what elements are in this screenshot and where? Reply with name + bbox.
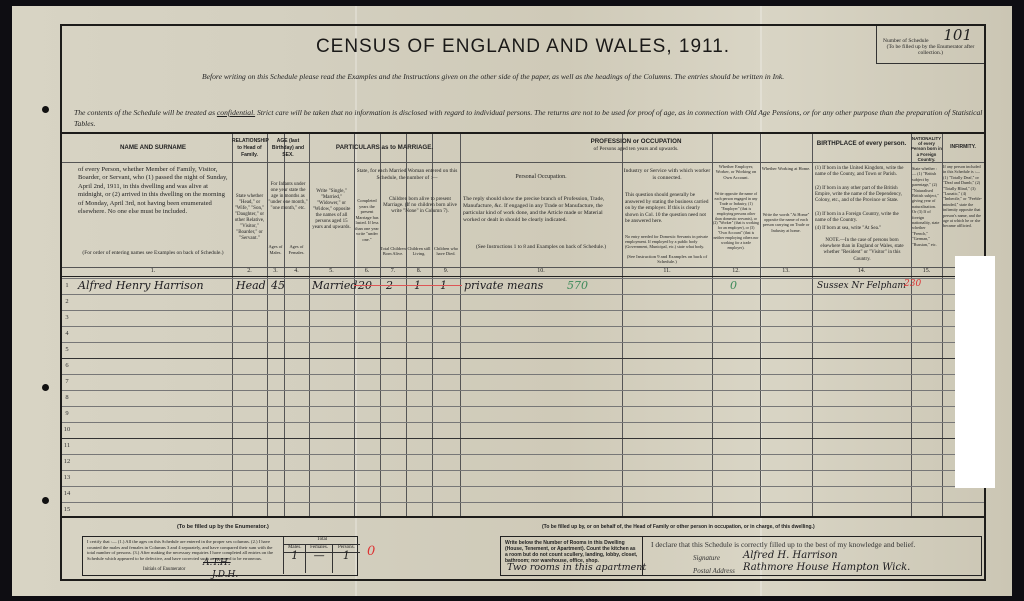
table-row: 6 (62, 358, 984, 374)
name-cell: Alfred Henry Harrison (78, 279, 204, 292)
enumerator-initials: A.T.H. (203, 561, 231, 567)
enumerator-heading: (To be filled up by the Enumerator.) (177, 524, 269, 530)
age-male-cell: 45 (271, 279, 285, 292)
row-number: 14 (62, 490, 72, 497)
total-persons: 1 (333, 553, 360, 573)
table-row: 5 (62, 342, 984, 358)
row-number: 3 (62, 314, 72, 321)
relationship-cell: Head (236, 279, 266, 292)
occupation-code: 570 (567, 279, 588, 292)
punch-hole (42, 497, 49, 504)
table-row: 10 (62, 422, 984, 438)
row-number: 9 (62, 410, 72, 417)
col-marriage-heading: PARTICULARS as to MARRIAGE. (309, 144, 460, 151)
table-row: 3 (62, 310, 984, 326)
col-age-heading: AGE (last Birthday) and SEX. (267, 138, 309, 160)
table-row: 2 (62, 294, 984, 310)
table-row: 7 (62, 374, 984, 390)
birthplace-code: 230 (904, 279, 921, 289)
red-check-mark: 0 (367, 544, 375, 559)
census-table: NAME AND SURNAME of every Person, whethe… (62, 132, 984, 518)
punch-hole (42, 384, 49, 391)
confidential-notice: The contents of the Schedule will be tre… (74, 107, 984, 129)
schedule-number: 101 (943, 26, 972, 44)
schedule-number-box: Number of Schedule (To be filled up by t… (876, 26, 984, 64)
rooms-box: Write below the Number of Rooms in this … (500, 536, 642, 576)
row-number: 1 (62, 282, 72, 289)
employer-cell: 0 (730, 279, 737, 292)
instruction-line: Before writing on this Schedule please r… (202, 72, 784, 81)
table-row: 11 (62, 438, 984, 454)
table-row: 14 (62, 486, 984, 502)
row-number: 13 (62, 474, 72, 481)
head-section-heading: (To be filled up by, or on behalf of, th… (542, 524, 815, 530)
red-strike-line (354, 285, 462, 286)
document-title: CENSUS OF ENGLAND AND WALES, 1911. (62, 36, 984, 58)
rooms-entry: Two rooms in this apartment (507, 565, 646, 571)
bottom-section: (To be filled up by the Enumerator.) I c… (62, 516, 984, 583)
row-number: 8 (62, 394, 72, 401)
postal-address: Rathmore House Hampton Wick. (743, 562, 910, 573)
table-row: 12 (62, 454, 984, 470)
punch-hole (42, 106, 49, 113)
row-number: 2 (62, 298, 72, 305)
col-nationality-heading: NATIONALITY of every Person born in a Fo… (911, 136, 942, 162)
table-row: 8 (62, 390, 984, 406)
table-row: 9 (62, 406, 984, 422)
row-number: 6 (62, 362, 72, 369)
row-number: 4 (62, 330, 72, 337)
redaction-box (955, 256, 995, 488)
table-row: 1Alfred Henry HarrisonHead45Married20211… (62, 278, 984, 294)
totals-box: Total Males. Females. Persons. 1 — 1 (283, 537, 360, 574)
col-name-heading: NAME AND SURNAME (74, 144, 232, 151)
occupation-cell: private means (464, 279, 543, 292)
schedule-frame: CENSUS OF ENGLAND AND WALES, 1911. Befor… (60, 24, 986, 581)
table-row: 4 (62, 326, 984, 342)
col-relationship-heading: RELATIONSHIP to Head of Family. (232, 138, 267, 160)
total-males: 1 (284, 553, 306, 573)
col-birthplace-heading: BIRTHPLACE of every person. (812, 140, 911, 147)
row-number: 11 (62, 442, 72, 449)
table-row: 13 (62, 470, 984, 486)
declaration-box: I declare that this Schedule is correctl… (642, 536, 982, 576)
row-number: 10 (62, 426, 72, 433)
row-number: 5 (62, 346, 72, 353)
row-number: 15 (62, 506, 72, 513)
row-number: 7 (62, 378, 72, 385)
row-number: 12 (62, 458, 72, 465)
condition-cell: Married (312, 279, 357, 292)
total-females: — (306, 553, 332, 573)
birthplace-cell: Sussex Nr Felpham (817, 281, 906, 291)
col-profession-heading: PROFESSION or OCCUPATION (460, 138, 812, 145)
signature: Alfred H. Harrison (743, 550, 838, 561)
col-infirmity-heading: INFIRMITY. (942, 144, 984, 151)
